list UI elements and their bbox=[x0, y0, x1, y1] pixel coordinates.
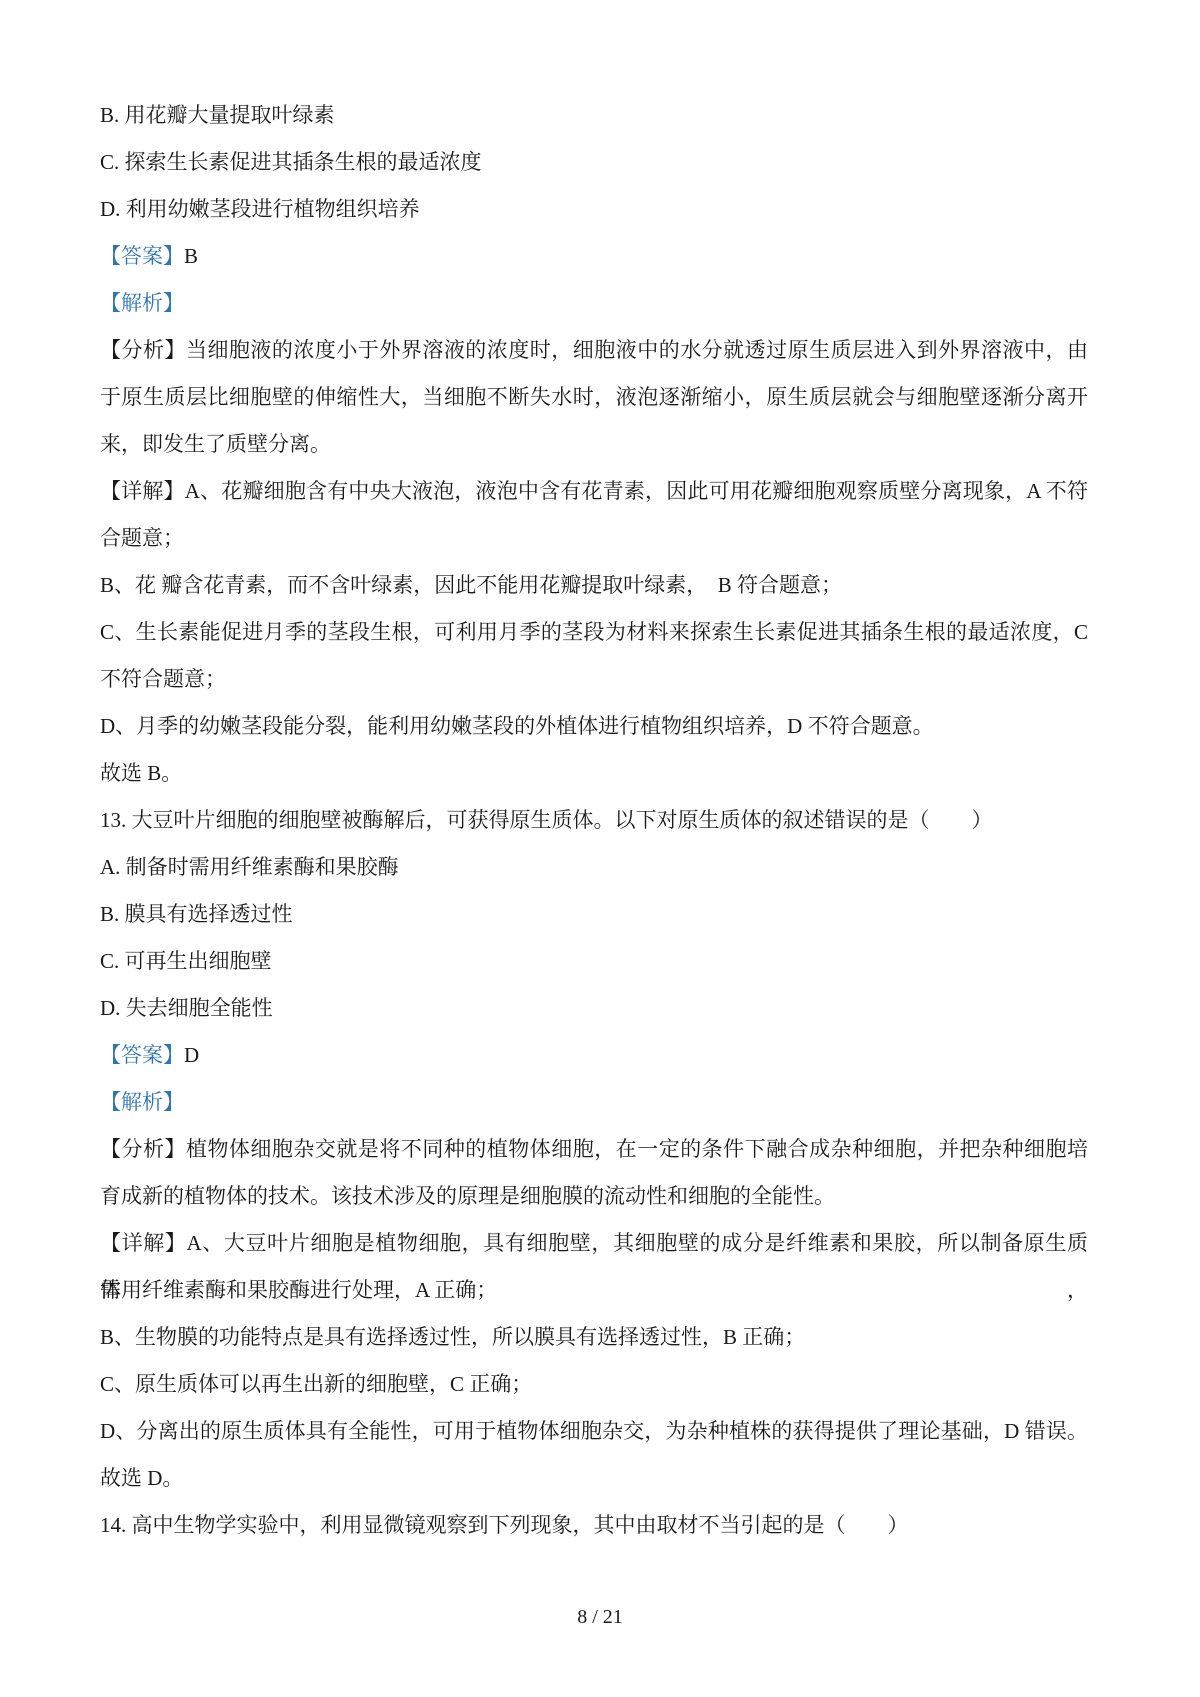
line-text: 来，即发生了质壁分离。 bbox=[100, 432, 331, 456]
paragraph-line: 【详解】A、大豆叶片细胞是植物细胞，具有细胞壁，其细胞壁的成分是纤维素和果胶，所… bbox=[100, 1220, 1088, 1267]
line-text: 合题意； bbox=[100, 526, 184, 550]
line-text: 故选 B。 bbox=[100, 761, 182, 785]
paragraph-line: 合题意； bbox=[100, 515, 1088, 562]
line-text: 13. 大豆叶片细胞的细胞壁被酶解后，可获得原生质体。以下对原生质体的叙述错误的… bbox=[100, 808, 993, 832]
analysis-heading: 【解析】 bbox=[100, 280, 1088, 327]
line-text: C. 探索生长素促进其插条生根的最适浓度 bbox=[100, 150, 482, 174]
paragraph-line: 【详解】A、花瓣细胞含有中央大液泡，液泡中含有花青素，因此可用花瓣细胞观察质壁分… bbox=[100, 468, 1088, 515]
line-text: 需用纤维素酶和果胶酶进行处理，A 正确； bbox=[100, 1278, 497, 1302]
option-line-b: B. 用花瓣大量提取叶绿素 bbox=[100, 92, 1088, 139]
line-text: B. 用花瓣大量提取叶绿素 bbox=[100, 103, 335, 127]
paragraph-line: C、生长素能促进月季的茎段生根，可利用月季的茎段为材料来探索生长素促进其插条生根… bbox=[100, 609, 1088, 656]
line-text: D. 利用幼嫩茎段进行植物组织培养 bbox=[100, 197, 420, 221]
line-text: B、花 瓣含花青素，而不含叶绿素，因此不能用花瓣提取叶绿素， B 符合题意； bbox=[100, 573, 842, 597]
line-text: 不符合题意； bbox=[100, 667, 226, 691]
document-page: B. 用花瓣大量提取叶绿素C. 探索生长素促进其插条生根的最适浓度D. 利用幼嫩… bbox=[0, 0, 1200, 1697]
document-body: B. 用花瓣大量提取叶绿素C. 探索生长素促进其插条生根的最适浓度D. 利用幼嫩… bbox=[100, 92, 1088, 1549]
line-text: 育成新的植物体的技术。该技术涉及的原理是细胞膜的流动性和细胞的全能性。 bbox=[100, 1184, 835, 1208]
line-text: 【详解】A、花瓣细胞含有中央大液泡，液泡中含有花青素，因此可用花瓣细胞观察质壁分… bbox=[100, 479, 1088, 503]
paragraph-line: 来，即发生了质壁分离。 bbox=[100, 421, 1088, 468]
line-text: B bbox=[184, 244, 198, 268]
option-line-c: C. 可再生出细胞壁 bbox=[100, 938, 1088, 985]
option-line-c: C. 探索生长素促进其插条生根的最适浓度 bbox=[100, 139, 1088, 186]
question-line: 14. 高中生物学实验中，利用显微镜观察到下列现象，其中由取材不当引起的是（ ） bbox=[100, 1502, 1088, 1549]
line-text: 于原生质层比细胞壁的伸缩性大，当细胞不断失水时，液泡逐渐缩小，原生质层就会与细胞… bbox=[100, 385, 1088, 409]
paragraph-line: 【分析】植物体细胞杂交就是将不同种的植物体细胞，在一定的条件下融合成杂种细胞，并… bbox=[100, 1126, 1088, 1173]
page-number: 8 / 21 bbox=[577, 1606, 623, 1628]
line-text: C. 可再生出细胞壁 bbox=[100, 949, 272, 973]
answer-line: 【答案】D bbox=[100, 1032, 1088, 1079]
paragraph-line: D、分离出的原生质体具有全能性，可用于植物体细胞杂交，为杂种植株的获得提供了理论… bbox=[100, 1408, 1088, 1455]
paragraph-line: 育成新的植物体的技术。该技术涉及的原理是细胞膜的流动性和细胞的全能性。 bbox=[100, 1173, 1088, 1220]
paragraph-line: B、花 瓣含花青素，而不含叶绿素，因此不能用花瓣提取叶绿素， B 符合题意； bbox=[100, 562, 1088, 609]
line-text: A. 制备时需用纤维素酶和果胶酶 bbox=[100, 855, 399, 879]
paragraph-line: 不符合题意； bbox=[100, 656, 1088, 703]
line-text: D bbox=[184, 1043, 199, 1067]
question-line: 13. 大豆叶片细胞的细胞壁被酶解后，可获得原生质体。以下对原生质体的叙述错误的… bbox=[100, 797, 1088, 844]
line-text: C、原生质体可以再生出新的细胞壁，C 正确； bbox=[100, 1372, 532, 1396]
conclusion-line: 故选 D。 bbox=[100, 1455, 1088, 1502]
line-text: 14. 高中生物学实验中，利用显微镜观察到下列现象，其中由取材不当引起的是（ ） bbox=[100, 1513, 909, 1537]
paragraph-line: 【分析】当细胞液的浓度小于外界溶液的浓度时，细胞液中的水分就透过原生质层进入到外… bbox=[100, 327, 1088, 374]
conclusion-line: 故选 B。 bbox=[100, 750, 1088, 797]
paragraph-line: D、月季的幼嫩茎段能分裂，能利用幼嫩茎段的外植体进行植物组织培养，D 不符合题意… bbox=[100, 703, 1088, 750]
line-text: B. 膜具有选择透过性 bbox=[100, 902, 293, 926]
line-text: D、分离出的原生质体具有全能性，可用于植物体细胞杂交，为杂种植株的获得提供了理论… bbox=[100, 1419, 1088, 1443]
line-text: D. 失去细胞全能性 bbox=[100, 996, 273, 1020]
option-line-d: D. 失去细胞全能性 bbox=[100, 985, 1088, 1032]
answer-line: 【答案】B bbox=[100, 233, 1088, 280]
line-text: B、生物膜的功能特点是具有选择透过性，所以膜具有选择透过性，B 正确； bbox=[100, 1325, 805, 1349]
line-text: D、月季的幼嫩茎段能分裂，能利用幼嫩茎段的外植体进行植物组织培养，D 不符合题意… bbox=[100, 714, 934, 738]
option-line-d: D. 利用幼嫩茎段进行植物组织培养 bbox=[100, 186, 1088, 233]
analysis-label: 【解析】 bbox=[100, 1090, 184, 1114]
line-text: C、生长素能促进月季的茎段生根，可利用月季的茎段为材料来探索生长素促进其插条生根… bbox=[100, 620, 1088, 644]
answer-label: 【答案】 bbox=[100, 1043, 184, 1067]
answer-label: 【答案】 bbox=[100, 244, 184, 268]
paragraph-line: B、生物膜的功能特点是具有选择透过性，所以膜具有选择透过性，B 正确； bbox=[100, 1314, 1088, 1361]
paragraph-line: C、原生质体可以再生出新的细胞壁，C 正确； bbox=[100, 1361, 1088, 1408]
option-line-a: A. 制备时需用纤维素酶和果胶酶 bbox=[100, 844, 1088, 891]
paragraph-line: 于原生质层比细胞壁的伸缩性大，当细胞不断失水时，液泡逐渐缩小，原生质层就会与细胞… bbox=[100, 374, 1088, 421]
analysis-label: 【解析】 bbox=[100, 291, 184, 315]
page-footer: 8 / 21 bbox=[0, 1602, 1200, 1632]
analysis-heading: 【解析】 bbox=[100, 1079, 1088, 1126]
line-text: 【分析】当细胞液的浓度小于外界溶液的浓度时，细胞液中的水分就透过原生质层进入到外… bbox=[100, 338, 1088, 362]
line-text: 故选 D。 bbox=[100, 1466, 183, 1490]
option-line-b: B. 膜具有选择透过性 bbox=[100, 891, 1088, 938]
line-text: 【分析】植物体细胞杂交就是将不同种的植物体细胞，在一定的条件下融合成杂种细胞，并… bbox=[100, 1137, 1088, 1161]
